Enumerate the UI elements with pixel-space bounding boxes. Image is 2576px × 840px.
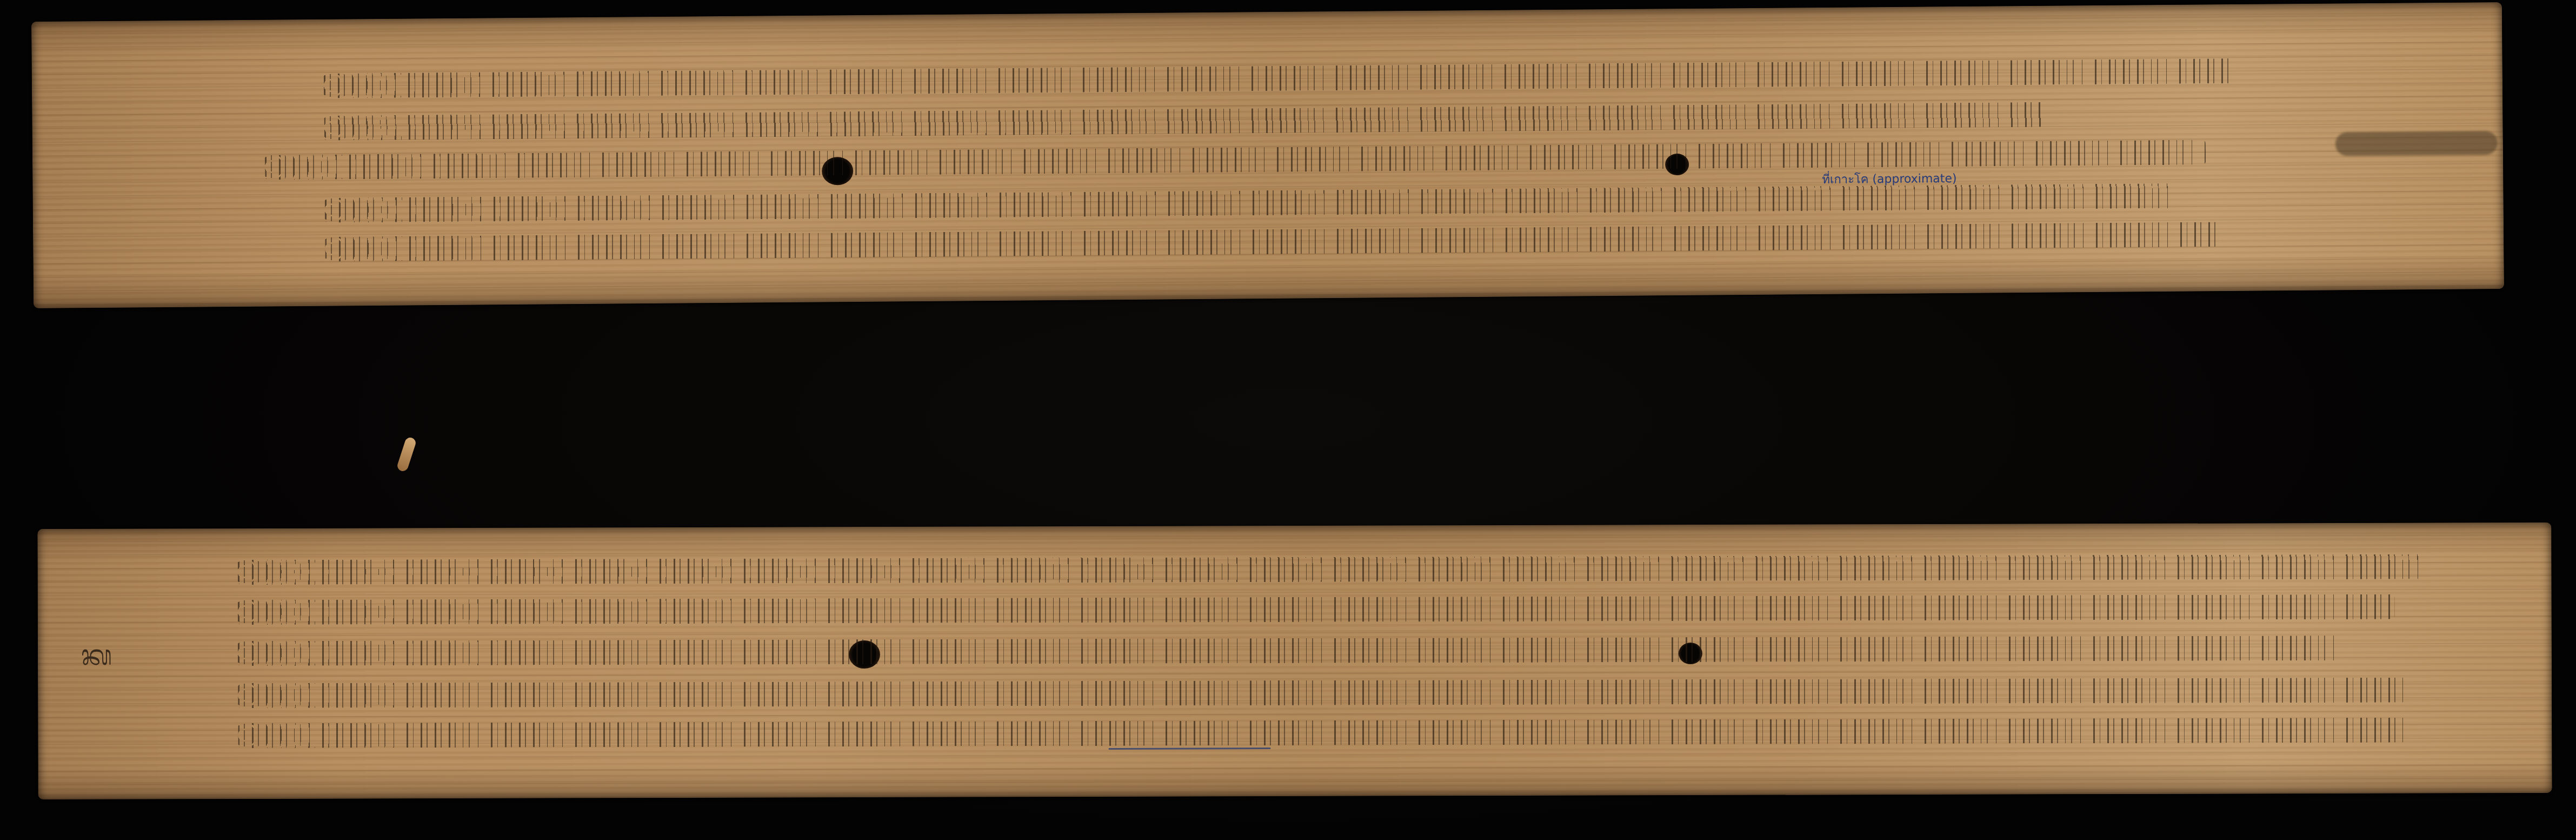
script-line-2 [238, 594, 2395, 625]
script-line-3 [238, 636, 2346, 666]
palm-leaf-top: ที่เกาะโค (approximate) [31, 2, 2504, 308]
script-line-1 [324, 58, 2232, 98]
script-line-4 [325, 183, 2174, 223]
script-line-2 [324, 102, 2043, 141]
script-line-4 [238, 678, 2406, 708]
script-line-1 [238, 554, 2427, 585]
palm-leaf-bottom: ᬓ [37, 522, 2552, 799]
blue-underline [1108, 748, 1270, 750]
margin-mark: ᬓ [81, 634, 112, 685]
script-line-5 [238, 718, 2406, 748]
script-line-5 [325, 222, 2222, 262]
blue-annotation: ที่เกาะโค (approximate) [1822, 169, 1956, 189]
stain [2335, 131, 2498, 156]
